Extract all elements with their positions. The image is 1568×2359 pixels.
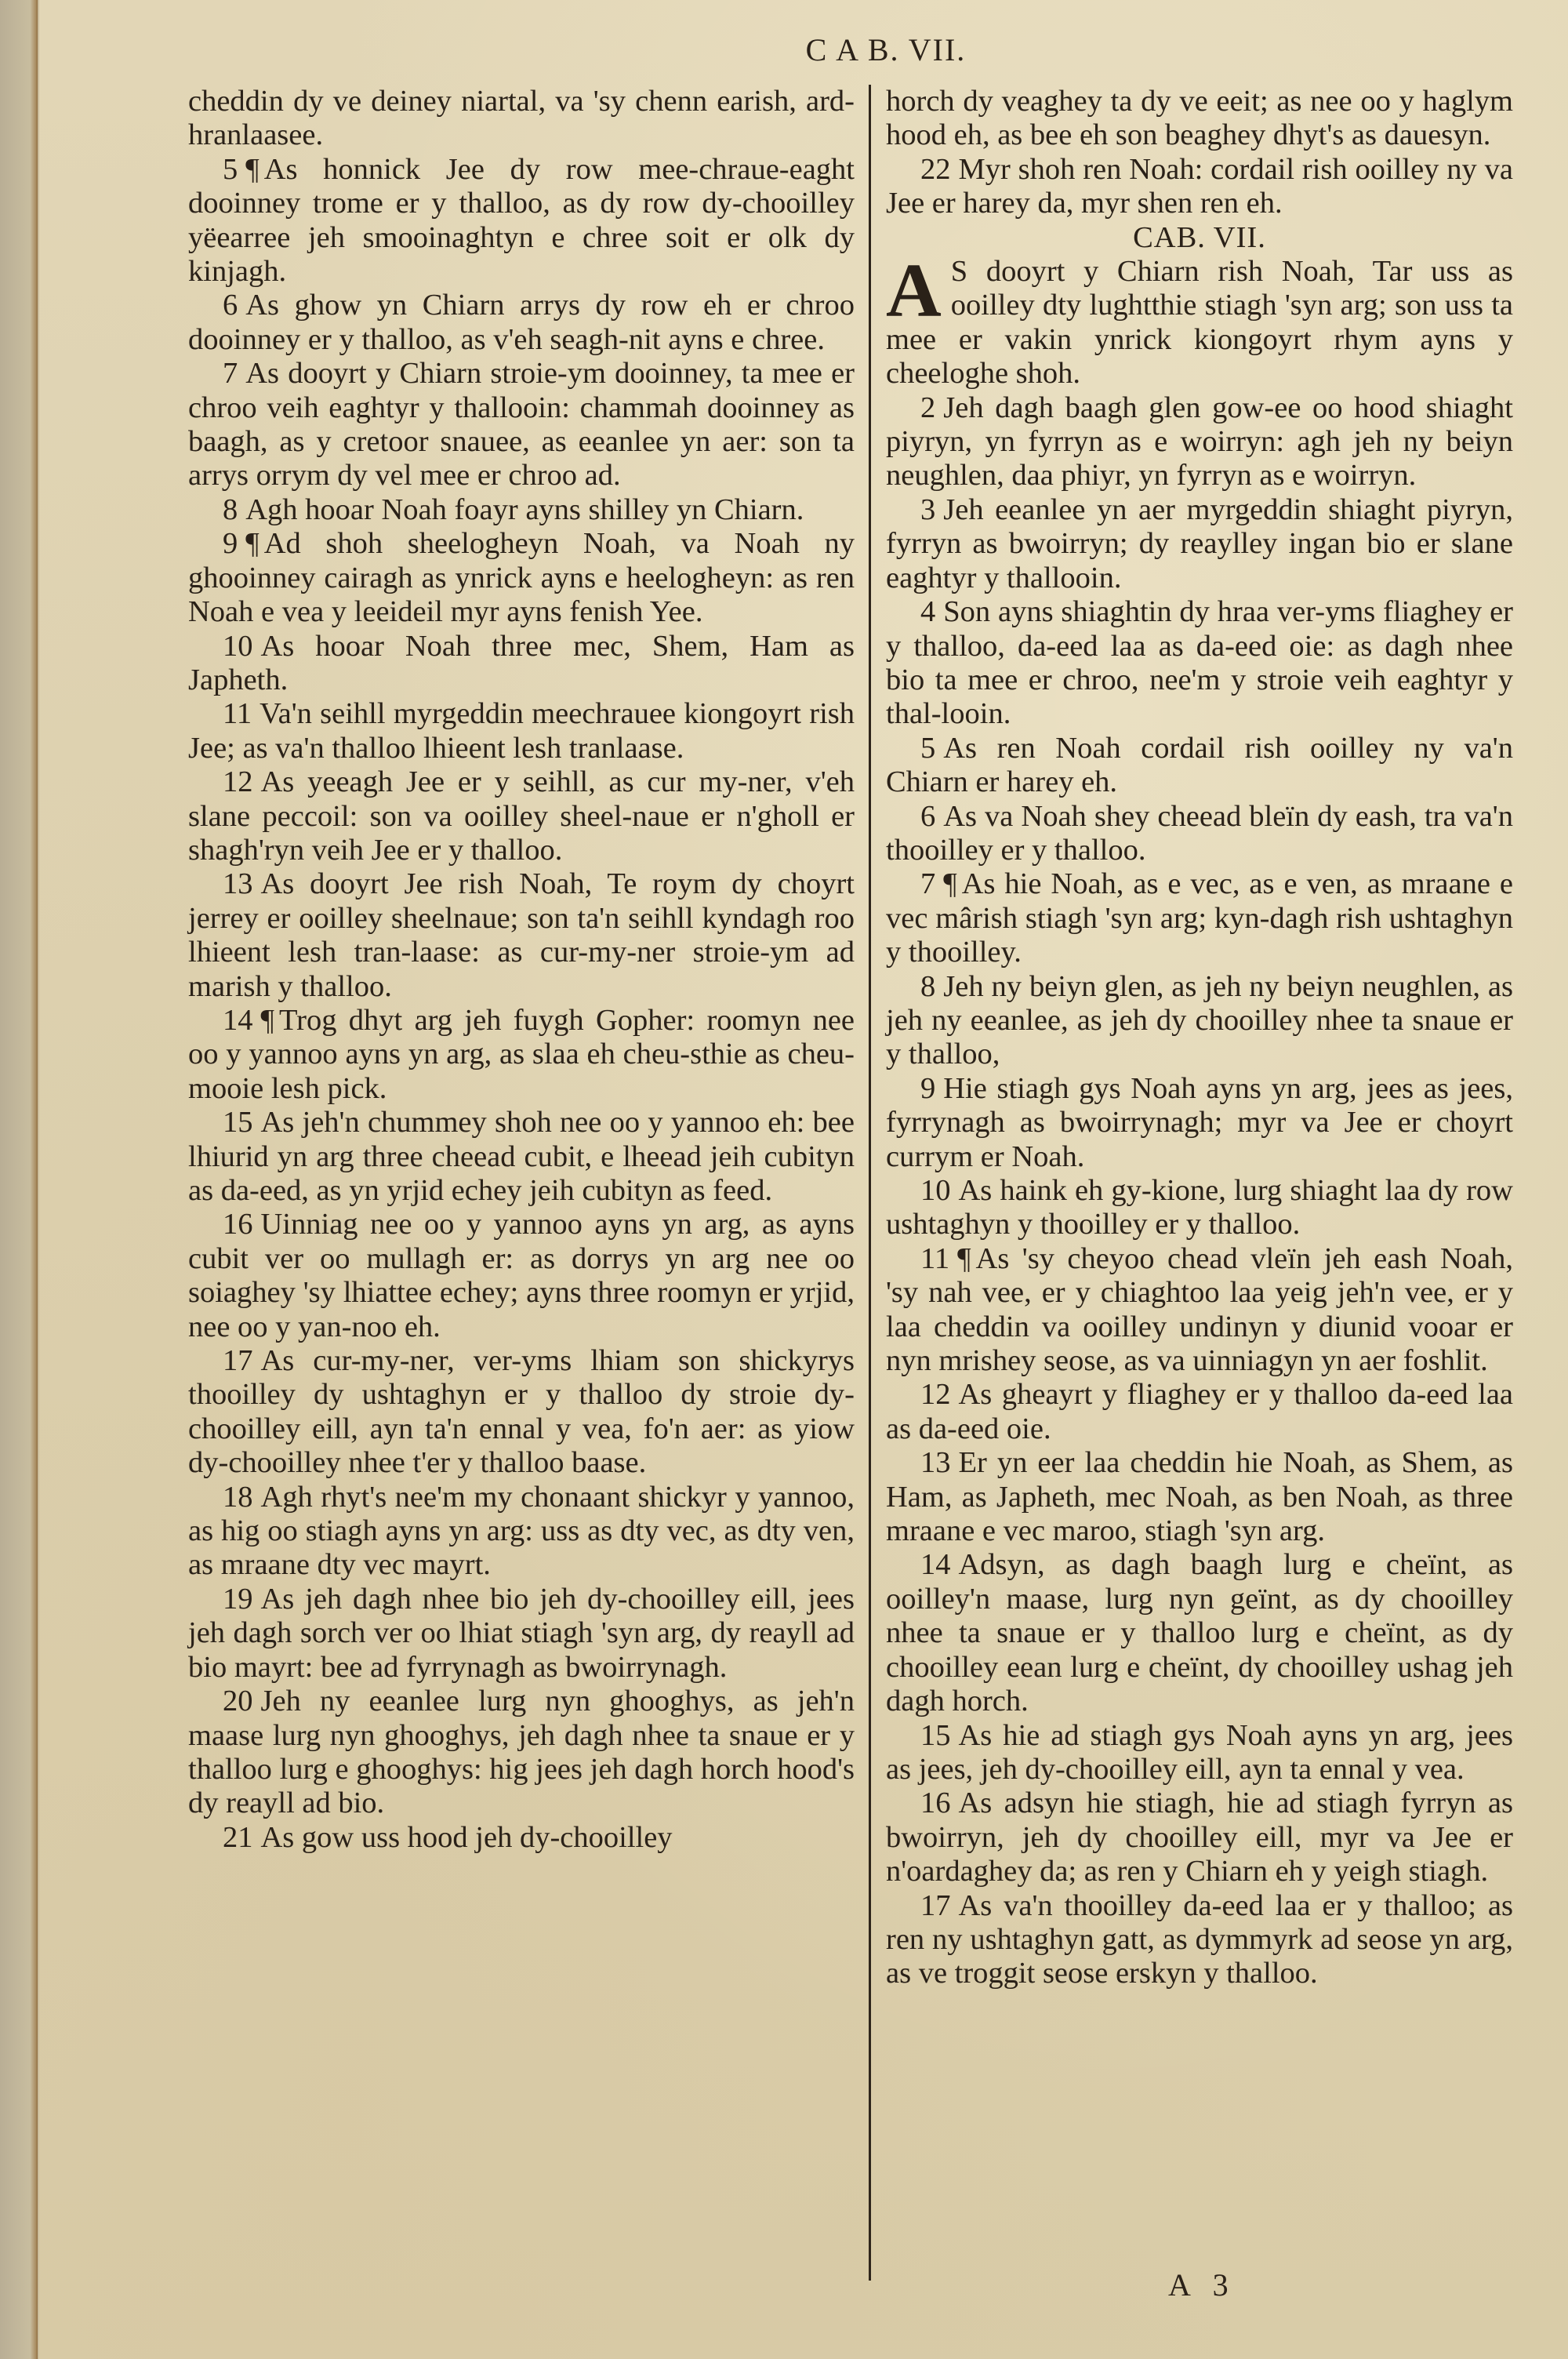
pilcrow-icon: ¶ xyxy=(245,153,263,186)
verse: 13As dooyrt Jee rish Noah, Te roym dy ch… xyxy=(188,867,855,1004)
verse-number: 11 xyxy=(886,1242,957,1275)
verse-number: 10 xyxy=(188,630,261,663)
left-continuation: cheddin dy ve deiney niartal, va 'sy che… xyxy=(188,85,855,153)
verse: 14Adsyn, as dagh baagh lurg e cheïnt, as… xyxy=(886,1548,1513,1718)
verse-number: 20 xyxy=(188,1685,261,1717)
verse: 5As ren Noah cordail rish ooilley ny va'… xyxy=(886,732,1513,800)
pilcrow-icon: ¶ xyxy=(943,867,961,900)
verse-number: 16 xyxy=(886,1787,959,1819)
verse: 11Va'n seihll myrgeddin meechrauee kiong… xyxy=(188,697,855,765)
verse-text: Jeh ny beiyn glen, as jeh ny beiyn neugh… xyxy=(886,970,1513,1071)
verse-text: As jeh'n chummey shoh nee oo y yannoo eh… xyxy=(188,1106,855,1207)
verse-text: As adsyn hie stiagh, hie ad stiagh fyrry… xyxy=(886,1787,1513,1888)
running-head-text: C A B. VII. xyxy=(806,31,967,68)
verse: 18Agh rhyt's nee'm my chonaant shickyr y… xyxy=(188,1481,855,1583)
book-page: C A B. VII. cheddin dy ve deiney niartal… xyxy=(39,0,1568,2359)
verse-number: 5 xyxy=(886,732,943,765)
pilcrow-icon: ¶ xyxy=(261,1004,279,1037)
verse-number: 14 xyxy=(886,1548,959,1581)
verse: 16Uinniag nee oo y yannoo ayns yn arg, a… xyxy=(188,1208,855,1344)
verse-number: 16 xyxy=(188,1208,261,1241)
verse: 16As adsyn hie stiagh, hie ad stiagh fyr… xyxy=(886,1787,1513,1888)
verse-number: 6 xyxy=(886,800,943,833)
left-column: cheddin dy ve deiney niartal, va 'sy che… xyxy=(188,85,855,1855)
verse: 17As va'n thooilley da-eed laa er y thal… xyxy=(886,1889,1513,1991)
verse-text: As cur-my-ner, ver-yms lhiam son shickyr… xyxy=(188,1344,855,1479)
verse: 9Hie stiagh gys Noah ayns yn arg, jees a… xyxy=(886,1072,1513,1174)
verse-number: 14 xyxy=(188,1004,261,1037)
drop-cap: A xyxy=(886,260,942,322)
verse-text: Adsyn, as dagh baagh lurg e cheïnt, as o… xyxy=(886,1548,1513,1717)
page-edge xyxy=(0,0,38,2359)
verse-text: As 'sy cheyoo chead vleïn jeh eash Noah,… xyxy=(886,1242,1513,1377)
verse-number: 21 xyxy=(188,1821,261,1854)
verse-text: As dooyrt y Chiarn stroie-ym dooinney, t… xyxy=(188,357,855,492)
verse-number: 22 xyxy=(886,153,959,186)
verse: 19As jeh dagh nhee bio jeh dy-chooilley … xyxy=(188,1583,855,1685)
verse-number: 2 xyxy=(886,391,943,424)
verse-text: Myr shoh ren Noah: cordail rish ooilley … xyxy=(886,153,1513,220)
verse-text: As gheayrt y fliaghey er y thalloo da-ee… xyxy=(886,1378,1513,1445)
verse-text: As hie Noah, as e vec, as e ven, as mraa… xyxy=(886,867,1513,969)
verse: 12As yeeagh Jee er y seihll, as cur my-n… xyxy=(188,765,855,867)
verse: 8Agh hooar Noah foayr ayns shilley yn Ch… xyxy=(188,493,855,527)
verse-text: As ghow yn Chiarn arrys dy row eh er chr… xyxy=(188,289,855,355)
opening-text: S dooyrt y Chiarn rish Noah, Tar uss as … xyxy=(886,255,1513,390)
verse-text: Uinniag nee oo y yannoo ayns yn arg, as … xyxy=(188,1208,855,1343)
verse: 10As haink eh gy-kione, lurg shiaght laa… xyxy=(886,1174,1513,1242)
verse-number: 4 xyxy=(886,595,943,628)
right-continuation: horch dy veaghey ta dy ve eeit; as nee o… xyxy=(886,85,1513,153)
running-head: C A B. VII. xyxy=(122,31,1568,68)
verse: 8Jeh ny beiyn glen, as jeh ny beiyn neug… xyxy=(886,970,1513,1072)
verse-text: As hooar Noah three mec, Shem, Ham as Ja… xyxy=(188,630,855,696)
left-verse-list: 5¶As honnick Jee dy row mee-chraue-eaght… xyxy=(188,153,855,1855)
verse-number: 13 xyxy=(886,1446,959,1479)
verse: 15As jeh'n chummey shoh nee oo y yannoo … xyxy=(188,1106,855,1208)
verse: 10As hooar Noah three mec, Shem, Ham as … xyxy=(188,630,855,698)
verse-text: As jeh dagh nhee bio jeh dy-chooilley ei… xyxy=(188,1583,855,1684)
signature-mark: A 3 xyxy=(1168,2266,1236,2303)
verse-number: 8 xyxy=(886,970,943,1003)
verse-text: As hie ad stiagh gys Noah ayns yn arg, j… xyxy=(886,1719,1513,1786)
verse-text: As dooyrt Jee rish Noah, Te roym dy choy… xyxy=(188,867,855,1002)
verse-text: Hie stiagh gys Noah ayns yn arg, jees as… xyxy=(886,1072,1513,1173)
verse-text: Va'n seihll myrgeddin meechrauee kiongoy… xyxy=(188,697,855,764)
verse-text: As honnick Jee dy row mee-chraue-eaght d… xyxy=(188,153,855,288)
verse-number: 8 xyxy=(188,493,245,526)
verse-number: 9 xyxy=(886,1072,943,1105)
verse-text: As va Noah shey cheead bleïn dy eash, tr… xyxy=(886,800,1513,867)
verse: 11¶As 'sy cheyoo chead vleïn jeh eash No… xyxy=(886,1242,1513,1379)
verse-text: As ren Noah cordail rish ooilley ny va'n… xyxy=(886,732,1513,798)
verse: 20Jeh ny eeanlee lurg nyn ghooghys, as j… xyxy=(188,1685,855,1821)
verse-number: 5 xyxy=(188,153,245,186)
verse-text: As yeeagh Jee er y seihll, as cur my-ner… xyxy=(188,765,855,867)
verse: 13Er yn eer laa cheddin hie Noah, as She… xyxy=(886,1446,1513,1548)
verse-text: Trog dhyt arg jeh fuygh Gopher: roomyn n… xyxy=(188,1004,855,1105)
verse-number: 15 xyxy=(886,1719,959,1752)
verse: 9¶Ad shoh sheelogheyn Noah, va Noah ny g… xyxy=(188,527,855,629)
verse: 22Myr shoh ren Noah: cordail rish ooille… xyxy=(886,153,1513,221)
verse: 6As va Noah shey cheead bleïn dy eash, t… xyxy=(886,800,1513,868)
verse-text: Er yn eer laa cheddin hie Noah, as Shem,… xyxy=(886,1446,1513,1547)
verse-number: 19 xyxy=(188,1583,261,1616)
verse-number: 6 xyxy=(188,289,245,322)
verse: 7As dooyrt y Chiarn stroie-ym dooinney, … xyxy=(188,357,855,493)
verse: 6As ghow yn Chiarn arrys dy row eh er ch… xyxy=(188,289,855,357)
verse-number: 7 xyxy=(188,357,245,390)
verse-text: Son ayns shiaghtin dy hraa ver-yms fliag… xyxy=(886,595,1513,730)
verse: 21As gow uss hood jeh dy-chooilley xyxy=(188,1821,855,1855)
verse: 12As gheayrt y fliaghey er y thalloo da-… xyxy=(886,1378,1513,1446)
verse-number: 17 xyxy=(188,1344,261,1377)
verse-number: 7 xyxy=(886,867,943,900)
verse-text: Agh hooar Noah foayr ayns shilley yn Chi… xyxy=(245,493,804,526)
verse-number: 10 xyxy=(886,1174,959,1207)
verse-text: Jeh dagh baagh glen gow-ee oo hood shiag… xyxy=(886,391,1513,493)
verse-number: 3 xyxy=(886,493,943,526)
verse-number: 11 xyxy=(188,697,260,730)
verse: 14¶Trog dhyt arg jeh fuygh Gopher: roomy… xyxy=(188,1004,855,1106)
verse-number: 12 xyxy=(886,1378,959,1411)
verse: 5¶As honnick Jee dy row mee-chraue-eaght… xyxy=(188,153,855,289)
pilcrow-icon: ¶ xyxy=(245,527,263,560)
right-column: horch dy veaghey ta dy ve eeit; as nee o… xyxy=(886,85,1513,1991)
chapter-heading: CAB. VII. xyxy=(886,221,1513,255)
chapter-opening: AS dooyrt y Chiarn rish Noah, Tar uss as… xyxy=(886,255,1513,391)
verse: 7¶As hie Noah, as e vec, as e ven, as mr… xyxy=(886,867,1513,969)
verse: 17As cur-my-ner, ver-yms lhiam son shick… xyxy=(188,1344,855,1481)
verse-text: Agh rhyt's nee'm my chonaant shickyr y y… xyxy=(188,1481,855,1582)
verse: 2Jeh dagh baagh glen gow-ee oo hood shia… xyxy=(886,391,1513,493)
verse-text: Ad shoh sheelogheyn Noah, va Noah ny gho… xyxy=(188,527,855,628)
verse-number: 18 xyxy=(188,1481,261,1514)
verse-number: 9 xyxy=(188,527,245,560)
verse-number: 13 xyxy=(188,867,261,900)
verse-text: As gow uss hood jeh dy-chooilley xyxy=(261,1821,673,1854)
column-rule xyxy=(869,85,871,2281)
verse-text: As va'n thooilley da-eed laa er y thallo… xyxy=(886,1889,1513,1990)
verse: 4Son ayns shiaghtin dy hraa ver-yms flia… xyxy=(886,595,1513,732)
right-verse-list: 2Jeh dagh baagh glen gow-ee oo hood shia… xyxy=(886,391,1513,1991)
right-verse-list-before: 22Myr shoh ren Noah: cordail rish ooille… xyxy=(886,153,1513,221)
verse-text: Jeh eeanlee yn aer myrgeddin shiaght piy… xyxy=(886,493,1513,594)
verse-number: 12 xyxy=(188,765,261,798)
verse: 3Jeh eeanlee yn aer myrgeddin shiaght pi… xyxy=(886,493,1513,595)
verse-number: 17 xyxy=(886,1889,959,1922)
verse-text: As haink eh gy-kione, lurg shiaght laa d… xyxy=(886,1174,1513,1241)
verse-text: Jeh ny eeanlee lurg nyn ghooghys, as jeh… xyxy=(188,1685,855,1819)
verse-number: 15 xyxy=(188,1106,261,1139)
pilcrow-icon: ¶ xyxy=(957,1242,975,1275)
verse: 15As hie ad stiagh gys Noah ayns yn arg,… xyxy=(886,1719,1513,1787)
